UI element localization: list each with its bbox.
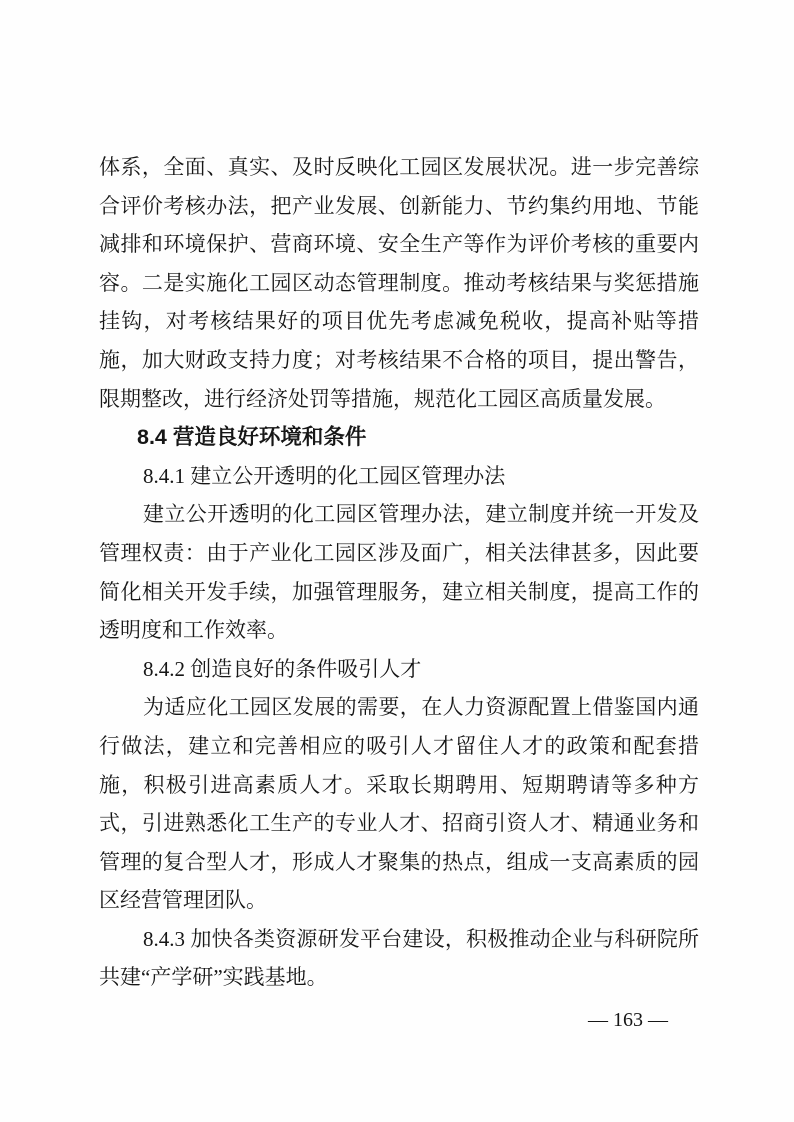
subsection-heading-8-4-1: 8.4.1 建立公开透明的化工园区管理办法: [99, 457, 699, 496]
page-content: 体系，全面、真实、及时反映化工园区发展状况。进一步完善综合评价考核办法，把产业发…: [99, 148, 699, 997]
subsection-heading-8-4-2: 8.4.2 创造良好的条件吸引人才: [99, 650, 699, 689]
paragraph-8-4-2-body: 为适应化工园区发展的需要，在人力资源配置上借鉴国内通行做法，建立和完善相应的吸引…: [99, 688, 699, 920]
paragraph-continuation: 体系，全面、真实、及时反映化工园区发展状况。进一步完善综合评价考核办法，把产业发…: [99, 148, 699, 418]
page-number: — 163 —: [588, 1008, 668, 1032]
paragraph-8-4-1-body: 建立公开透明的化工园区管理办法，建立制度并统一开发及管理权责：由于产业化工园区涉…: [99, 495, 699, 649]
document-page: 体系，全面、真实、及时反映化工园区发展状况。进一步完善综合评价考核办法，把产业发…: [0, 0, 794, 1122]
section-heading-8-4: 8.4 营造良好环境和条件: [99, 418, 699, 457]
paragraph-8-4-3: 8.4.3 加快各类资源研发平台建设，积极推动企业与科研院所共建“产学研”实践基…: [99, 920, 699, 997]
